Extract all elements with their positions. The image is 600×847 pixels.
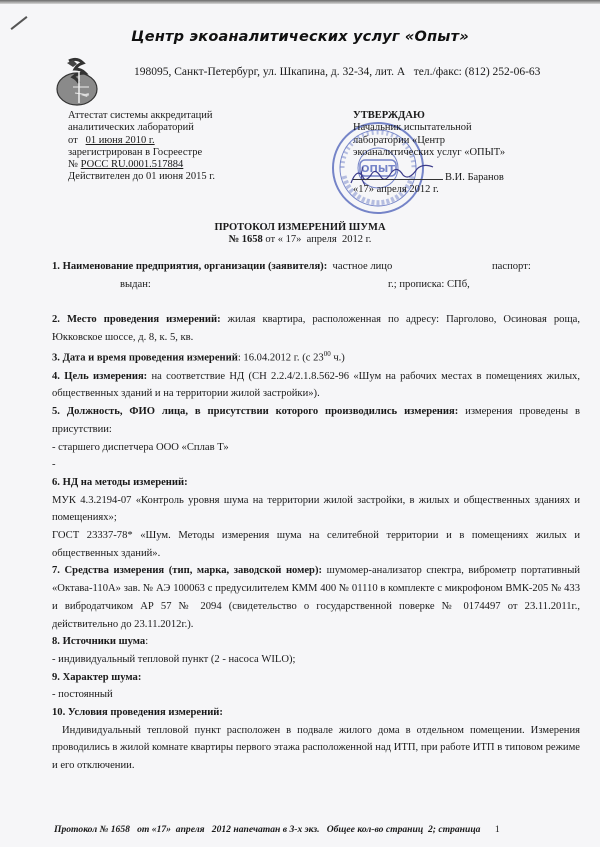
- section-5-dash: -: [52, 456, 580, 474]
- section-6-item-1: МУК 4.3.2194-07 «Контроль уровня шума на…: [52, 492, 580, 527]
- section-7-label: 7. Средства измерения (тип, марка, завод…: [52, 565, 322, 576]
- approval-date: «17» апреля 2012 г.: [353, 184, 505, 196]
- scan-mark: [11, 16, 28, 30]
- page-number: 1: [495, 824, 500, 835]
- signature-underline: [353, 179, 443, 180]
- page-footer: Протокол № 1658 от «17» апреля 2012 напе…: [54, 824, 500, 835]
- scan-top-edge: [0, 0, 600, 4]
- accreditation-number: РОСС RU.0001.517884: [81, 159, 184, 170]
- section-8-label: 8. Источники шума: [52, 636, 145, 647]
- protocol-number: № 1658: [229, 234, 263, 245]
- section-7: 7. Средства измерения (тип, марка, завод…: [52, 562, 580, 633]
- section-1-label: 1. Наименование предприятия, организации…: [52, 261, 327, 272]
- accreditation-date-prefix: от: [68, 135, 86, 146]
- section-3-minutes: 00: [324, 350, 331, 358]
- organization-address: 198095, Санкт-Петербург, ул. Шкапина, д.…: [134, 66, 540, 78]
- section-5: 5. Должность, ФИО лица, в присутствии ко…: [52, 403, 580, 438]
- approval-title: УТВЕРЖДАЮ: [353, 110, 505, 122]
- section-2-label: 2. Место проведения измерений:: [52, 314, 221, 325]
- blank-line: [52, 293, 580, 311]
- section-3-tail: ч.): [331, 353, 345, 364]
- section-9-label: 9. Характер шума:: [52, 669, 580, 687]
- protocol-header: ПРОТОКОЛ ИЗМЕРЕНИЙ ШУМА № 1658 от « 17» …: [0, 222, 600, 246]
- section-1-line-2: выдан: г.; прописка: СПб,: [52, 276, 580, 294]
- issued-label: выдан:: [120, 276, 151, 294]
- accreditation-line: зарегистрирован в Госреестре: [68, 147, 215, 159]
- accreditation-date: 01 июня 2010 г.: [86, 135, 155, 146]
- registration-label: г.; прописка: СПб,: [388, 276, 470, 294]
- section-1-line: 1. Наименование предприятия, организации…: [52, 258, 580, 276]
- accreditation-number-prefix: №: [68, 159, 81, 170]
- protocol-date: от « 17» апреля 2012 г.: [263, 234, 372, 245]
- section-4-label: 4. Цель измерения:: [52, 371, 147, 382]
- section-3-label: 3. Дата и время проведения измерений: [52, 353, 238, 364]
- protocol-title: ПРОТОКОЛ ИЗМЕРЕНИЙ ШУМА: [0, 222, 600, 234]
- section-10-value: Индивидуальный тепловой пункт расположен…: [52, 722, 580, 775]
- section-10-label: 10. Условия проведения измерений:: [52, 704, 580, 722]
- section-3-value: : 16.04.2012 г. (с 23: [238, 353, 324, 364]
- signature-line: В.И. Баранов: [353, 172, 505, 184]
- approval-signer: В.И. Баранов: [445, 172, 504, 183]
- section-2: 2. Место проведения измерений: жилая ква…: [52, 311, 580, 346]
- section-1-value: частное лицо: [327, 261, 392, 272]
- section-6-item-2: ГОСТ 23337-78* «Шум. Методы измерения шу…: [52, 527, 580, 562]
- approval-line: Начальник испытательной: [353, 122, 505, 134]
- tree-globe-logo-icon: [55, 57, 99, 107]
- section-9-item: - постоянный: [52, 686, 580, 704]
- section-6-label: 6. НД на методы измерений:: [52, 474, 580, 492]
- section-3: 3. Дата и время проведения измерений: 16…: [52, 346, 580, 367]
- section-4: 4. Цель измерения: на соответствие НД (С…: [52, 368, 580, 403]
- accreditation-validity: Действителен до 01 июня 2015 г.: [68, 171, 215, 183]
- section-5-label: 5. Должность, ФИО лица, в присутствии ко…: [52, 406, 458, 417]
- approval-line: лаборатории «Центр: [353, 135, 505, 147]
- accreditation-line: аналитических лабораторий: [68, 122, 215, 134]
- footer-text: Протокол № 1658 от «17» апреля 2012 напе…: [54, 824, 480, 835]
- accreditation-block: Аттестат системы аккредитаций аналитичес…: [68, 110, 215, 184]
- passport-label: паспорт:: [492, 258, 531, 276]
- accreditation-line: Аттестат системы аккредитаций: [68, 110, 215, 122]
- protocol-body: 1. Наименование предприятия, организации…: [52, 258, 580, 775]
- organization-title: Центр экоаналитических услуг «Опыт»: [0, 29, 600, 45]
- section-8: 8. Источники шума:: [52, 633, 580, 651]
- approval-line: экоаналитических услуг «ОПЫТ»: [353, 147, 505, 159]
- section-8-colon: :: [145, 636, 148, 647]
- accreditation-date-line: от 01 июня 2010 г.: [68, 135, 215, 147]
- approval-block: УТВЕРЖДАЮ Начальник испытательной лабора…: [353, 110, 505, 196]
- protocol-number-line: № 1658 от « 17» апреля 2012 г.: [0, 234, 600, 246]
- section-5-item: - старшего диспетчера ООО «Сплав Т»: [52, 439, 580, 457]
- section-8-item: - индивидуальный тепловой пункт (2 - нас…: [52, 651, 580, 669]
- accreditation-number-line: № РОСС RU.0001.517884: [68, 159, 215, 171]
